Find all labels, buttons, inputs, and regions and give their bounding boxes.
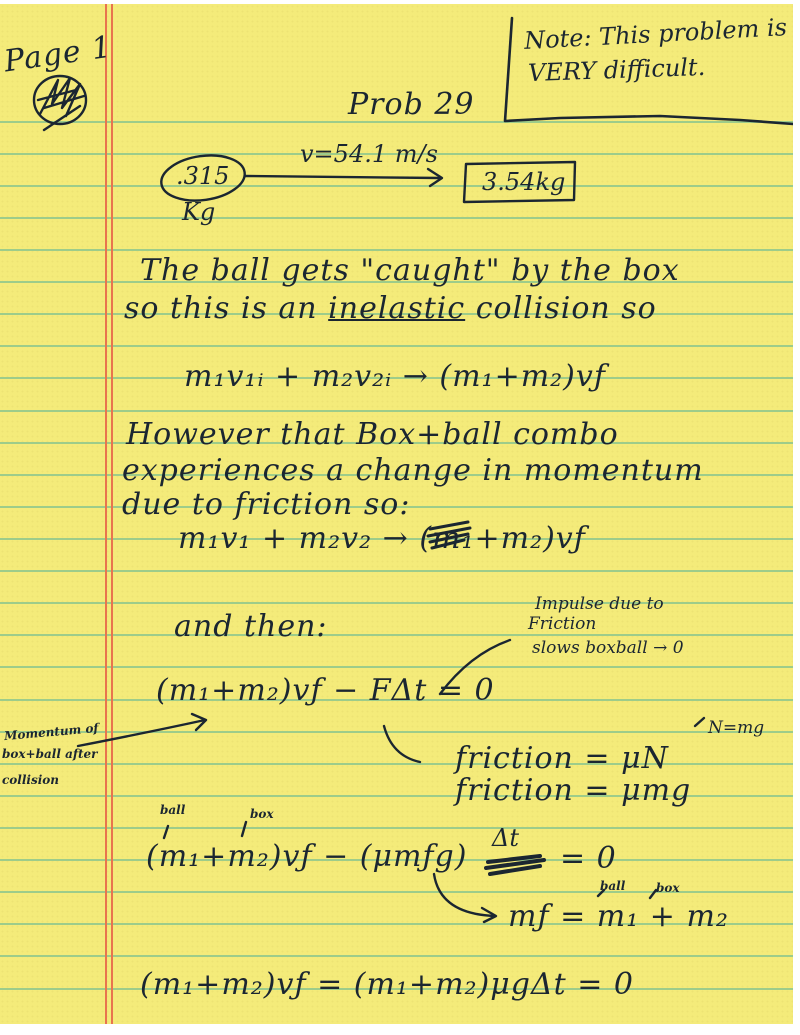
para1-line2: so this is an inelastic collision so (124, 294, 657, 324)
ruled-line (0, 410, 793, 412)
inelastic-underlined: inelastic (328, 291, 465, 326)
equation-impulse: (m₁+m₂)vƒ − FΔt = 0 (156, 676, 495, 706)
para2-line1: However that Box+ball combo (126, 420, 619, 450)
mf-label-box: box (656, 882, 680, 894)
label-box: box (250, 808, 274, 820)
equation-final: (m₁+m₂)vƒ = (m₁+m₂)μgΔt = 0 (140, 970, 634, 1000)
legal-pad-page: Page 1 Prob 29 Note: This problem is VER… (0, 4, 793, 1024)
margin-line-left (105, 4, 107, 1024)
impulse-note-line1: Impulse due to (535, 596, 664, 613)
para1-text-pre: so this is an (124, 291, 328, 326)
ruled-line (0, 666, 793, 668)
mf-label-ball: ball (600, 880, 625, 892)
and-then-label: and then: (174, 612, 328, 642)
friction-equation-1: friction = μN (455, 744, 669, 774)
label-ball: ball (160, 804, 185, 816)
ball-mass-unit: Kg (182, 200, 215, 224)
para2-line3: due to friction so: (122, 490, 410, 520)
normal-force-note: N=mg (708, 720, 764, 737)
ruled-line (0, 731, 793, 733)
ruled-line (0, 955, 793, 957)
para1-text-post: collision so (465, 291, 657, 326)
ruled-line (0, 570, 793, 572)
equation-friction-impulse: (m₁+m₂)vƒ − (μmƒg) (146, 842, 467, 872)
ruled-line (0, 249, 793, 251)
ruled-line (0, 602, 793, 604)
margin-note-line1: Momentum of (4, 722, 99, 742)
page-number-label: Page 1 (2, 33, 113, 78)
margin-line-right (111, 4, 113, 1024)
ruled-line (0, 217, 793, 219)
impulse-note-line2: Friction (528, 616, 596, 633)
ruled-line (0, 185, 793, 187)
equation-delta-t: Δt (492, 826, 519, 850)
impulse-note-line3: slows boxball → 0 (532, 640, 684, 657)
note-line-2: VERY difficult. (528, 55, 706, 85)
ruled-line (0, 634, 793, 636)
margin-note-line3: collision (2, 774, 59, 786)
ruled-line (0, 763, 793, 765)
ruled-line (0, 345, 793, 347)
equation-momentum-friction: m₁v₁ + m₂v₂ → (m₁+m₂)vƒ (178, 524, 586, 554)
para1-line1: The ball gets "caught" by the box (140, 256, 680, 286)
note-line-1: Note: This problem is (524, 15, 788, 53)
para2-line2: experiences a change in momentum (122, 456, 704, 486)
margin-note-line2: box+ball after (2, 748, 98, 760)
velocity-label: v=54.1 m/s (300, 142, 438, 166)
box-mass-value: 3.54kg (482, 170, 565, 194)
equation-equals-zero: = 0 (560, 844, 617, 874)
problem-title: Prob 29 (348, 90, 475, 120)
mf-definition: mƒ = m₁ + m₂ (508, 902, 729, 932)
ruled-line (0, 827, 793, 829)
friction-equation-2: friction = μmg (455, 776, 691, 806)
equation-momentum-conservation: m₁v₁ᵢ + m₂v₂ᵢ → (m₁+m₂)vƒ (184, 362, 606, 392)
ball-mass-value: .315 (176, 164, 229, 188)
